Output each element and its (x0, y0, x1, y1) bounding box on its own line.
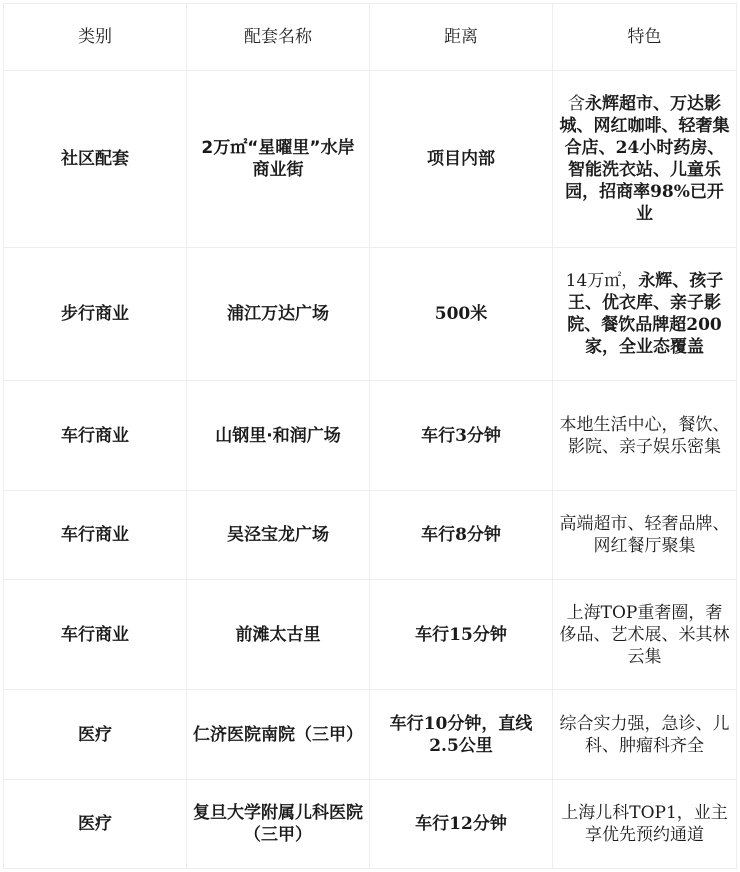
cell-name: 浦江万达广场 (187, 248, 370, 381)
cell-distance: 项目内部 (370, 71, 553, 248)
cell-distance: 车行12分钟 (370, 780, 553, 869)
table-header-row: 类别 配套名称 距离 特色 (4, 4, 737, 71)
cell-category: 社区配套 (4, 71, 187, 248)
amenities-table: 类别 配套名称 距离 特色 社区配套 2万㎡“星曜里”水岸商业街 项目内部 含永… (3, 3, 737, 869)
table-row: 医疗 复旦大学附属儿科医院（三甲） 车行12分钟 上海儿科TOP1，业主享优先预… (4, 780, 737, 869)
cell-name: 吴泾宝龙广场 (187, 491, 370, 580)
cell-distance: 车行15分钟 (370, 580, 553, 690)
cell-distance: 车行3分钟 (370, 381, 553, 491)
cell-category: 医疗 (4, 780, 187, 869)
table-row: 车行商业 前滩太古里 车行15分钟 上海TOP重奢圈，奢侈品、艺术展、米其林云集 (4, 580, 737, 690)
cell-category: 车行商业 (4, 580, 187, 690)
cell-distance: 车行8分钟 (370, 491, 553, 580)
header-feature: 特色 (553, 4, 737, 71)
cell-category: 车行商业 (4, 381, 187, 491)
feature-prefix: 14万㎡， (566, 271, 639, 291)
cell-name: 山钢里·和润广场 (187, 381, 370, 491)
table-row: 社区配套 2万㎡“星曜里”水岸商业街 项目内部 含永辉超市、万达影城、网红咖啡、… (4, 71, 737, 248)
cell-feature: 14万㎡，永辉、孩子王、优衣库、亲子影院、餐饮品牌超200家，全业态覆盖 (553, 248, 737, 381)
cell-name: 仁济医院南院（三甲） (187, 690, 370, 780)
header-distance: 距离 (370, 4, 553, 71)
cell-category: 车行商业 (4, 491, 187, 580)
cell-distance: 500米 (370, 248, 553, 381)
header-name: 配套名称 (187, 4, 370, 71)
cell-feature: 含永辉超市、万达影城、网红咖啡、轻奢集合店、24小时药房、智能洗衣站、儿童乐园，… (553, 71, 737, 248)
cell-category: 步行商业 (4, 248, 187, 381)
table-row: 车行商业 山钢里·和润广场 车行3分钟 本地生活中心，餐饮、影院、亲子娱乐密集 (4, 381, 737, 491)
table-row: 医疗 仁济医院南院（三甲） 车行10分钟，直线2.5公里 综合实力强，急诊、儿科… (4, 690, 737, 780)
cell-category: 医疗 (4, 690, 187, 780)
header-category: 类别 (4, 4, 187, 71)
feature-highlight: 永辉超市、万达影城、网红咖啡、轻奢集合店、24小时药房、智能洗衣站、儿童乐园，招… (560, 94, 730, 224)
cell-distance: 车行10分钟，直线2.5公里 (370, 690, 553, 780)
cell-feature: 上海TOP重奢圈，奢侈品、艺术展、米其林云集 (553, 580, 737, 690)
cell-feature: 综合实力强，急诊、儿科、肿瘤科齐全 (553, 690, 737, 780)
table-row: 车行商业 吴泾宝龙广场 车行8分钟 高端超市、轻奢品牌、网红餐厅聚集 (4, 491, 737, 580)
cell-name: 2万㎡“星曜里”水岸商业街 (187, 71, 370, 248)
cell-feature: 上海儿科TOP1，业主享优先预约通道 (553, 780, 737, 869)
cell-name: 前滩太古里 (187, 580, 370, 690)
cell-feature: 本地生活中心，餐饮、影院、亲子娱乐密集 (553, 381, 737, 491)
cell-name: 复旦大学附属儿科医院（三甲） (187, 780, 370, 869)
feature-prefix: 含 (568, 94, 585, 114)
table-row: 步行商业 浦江万达广场 500米 14万㎡，永辉、孩子王、优衣库、亲子影院、餐饮… (4, 248, 737, 381)
cell-feature: 高端超市、轻奢品牌、网红餐厅聚集 (553, 491, 737, 580)
